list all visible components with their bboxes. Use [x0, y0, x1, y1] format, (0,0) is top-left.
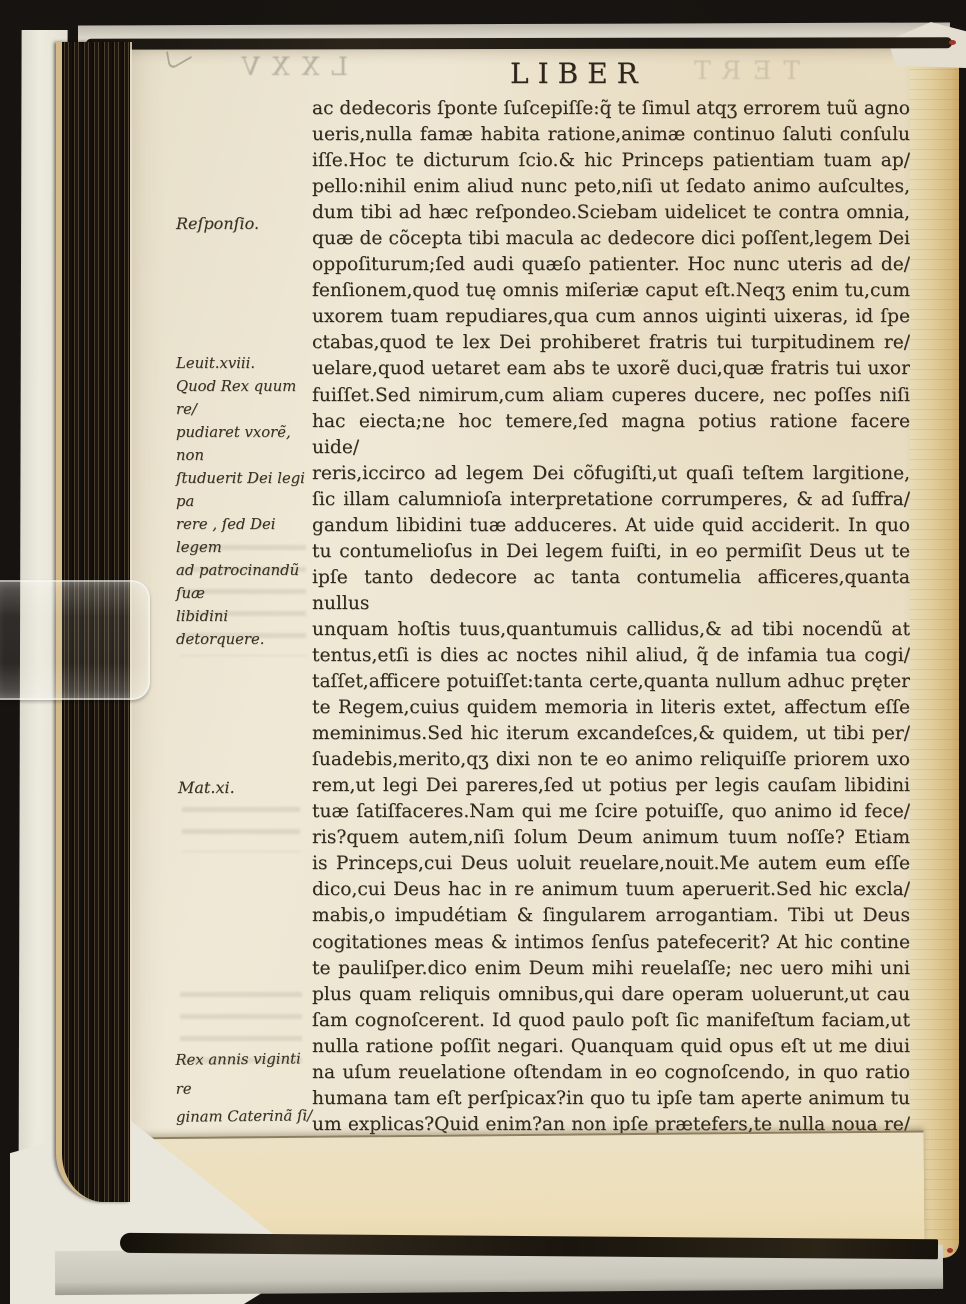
showthrough-text-ghost: [182, 800, 300, 852]
text-line: gandum libidini tuæ adduceres. At uide q…: [312, 513, 910, 539]
text-line: ctabas,quod te lex Dei prohiberet fratri…: [312, 330, 910, 356]
text-line: hac eiecta;ne hoc temere,ſed magna potiu…: [312, 409, 910, 461]
text-line: ueris,nulla famæ habita ratione,animæ co…: [312, 122, 910, 148]
margin-note-line: ginam Caterinã ſi/: [176, 1102, 318, 1132]
text-line: na uſum reuelatione oſtendam in eo cogno…: [312, 1060, 910, 1086]
text-line: dum tibi ad hæc reſpondeo.Sciebam uideli…: [312, 200, 910, 226]
text-line: ſic illam calumnioſa interpretatione cor…: [312, 487, 910, 513]
margin-note-responsio: Reſponſio.: [176, 212, 316, 235]
text-line: plus quam reliquis omnibus,qui dare oper…: [312, 982, 910, 1008]
text-line: taſſet,afficere potuiſſet:tanta certe,qu…: [312, 669, 910, 695]
text-line: pello:nihil enim aliud nunc peto,niſi ut…: [312, 174, 910, 200]
text-line: mabis,o impudétiam & ſingularem arrogant…: [312, 903, 910, 929]
page-top-dark-edge: [86, 37, 952, 50]
margin-note-line: Reſponſio.: [176, 212, 316, 235]
margin-note-line: Quod Rex quum re/: [176, 375, 316, 421]
margin-note-mat-xi: Mat.xi.: [178, 776, 298, 799]
text-line: te pauliſper.dico enim Deum mihi reuelaſ…: [312, 956, 910, 982]
text-line: ris?quem autem,niſi ſolum Deum animum tu…: [312, 825, 910, 851]
book-photo: LXXV TERT LIBER ac dedecoris ſponte ſuſc…: [0, 0, 966, 1304]
text-line: ac dedecoris ſponte ſuſcepiſſe:q̃ te ſim…: [312, 96, 910, 122]
running-header: LIBER: [510, 57, 710, 90]
text-line: quæ de cõcepta tibi macula ac dedecore d…: [312, 226, 910, 252]
body-text-column: ac dedecoris ſponte ſuſcepiſſe:q̃ te ſim…: [312, 96, 910, 1160]
text-line: ipſe tanto dedecore ac tanta contumelia …: [312, 565, 910, 617]
red-speck-bottom: [947, 1248, 953, 1253]
margin-note-line: pudiaret vxorẽ, non: [176, 421, 316, 467]
text-line: nulla ratione poſſit negari. Quanquam qu…: [312, 1034, 910, 1060]
text-line: rem,ut legi Dei pareres,ſed ut potius pe…: [312, 773, 910, 799]
fore-edge-right: [905, 40, 959, 1258]
acrylic-weight-strip: [0, 580, 150, 700]
text-line: iſſe.Hoc te dicturum ſcio.& hic Princeps…: [312, 148, 910, 174]
text-line: oppoſiturum;ſed audi quæſo patienter. Ho…: [312, 252, 910, 278]
text-line: uelare,quod uetaret eam abs te uxorẽ duc…: [312, 356, 910, 382]
text-line: dico,cui Deus hac in re animum tuum aper…: [312, 877, 910, 903]
text-line: ſam cognoſcerent. Id quod paulo poſt ſic…: [312, 1008, 910, 1034]
text-line: ſuadebis,merito,qʒ dixi non te eo animo …: [312, 747, 910, 773]
margin-note-line: rere , ſed Dei legem: [176, 513, 316, 559]
margin-note-line: Rex annis viginti re: [175, 1045, 318, 1103]
text-line: humana tam eſt perſpicax?in quo tu ipſe …: [312, 1086, 910, 1112]
text-line: unquam hoſtis tuus,quantumuis callidus,&…: [312, 617, 910, 643]
text-line: meminimus.Sed hic iterum excandeſces,& q…: [312, 721, 910, 747]
red-speck-top: [949, 40, 956, 45]
margin-note-levit-xviii: Leuit.xviii.Quod Rex quum re/pudiaret vx…: [176, 352, 316, 651]
margin-note-line: Leuit.xviii.: [176, 352, 316, 375]
margin-note-line: ad patrocinandũ ſuæ: [176, 559, 316, 605]
text-line: reris,iccirco ad legem Dei cõfugiſti,ut …: [312, 461, 910, 487]
text-line: tu contumelioſus in Dei legem fuiſti, in…: [312, 539, 910, 565]
text-line: fenſionem,quod tuę omnis miſeriæ caput e…: [312, 278, 910, 304]
text-line: uxorem tuam repudiares,qua cum annos uig…: [312, 304, 910, 330]
text-line: tentus,etſi is dies ac noctes nihil aliu…: [312, 643, 910, 669]
text-line: is Princeps,cui Deus uoluit reuelare,nou…: [312, 851, 910, 877]
margin-note-line: Mat.xi.: [178, 776, 298, 799]
text-line: te Regem,cuius quidem memoria in literis…: [312, 695, 910, 721]
showthrough-folio-number: LXXV: [198, 52, 348, 81]
margin-note-line: ſtuduerit Dei legi pa: [176, 467, 316, 513]
text-line: cogitationes meas & intimos ſenſus patef…: [312, 930, 910, 956]
margin-note-line: libidini detorquere.: [176, 605, 316, 651]
text-line: tuæ ſatiſfaceres.Nam qui me ſcire potuiſ…: [312, 799, 910, 825]
text-line: fuiſſet.Sed nimirum,cum aliam cuperes du…: [312, 383, 910, 409]
